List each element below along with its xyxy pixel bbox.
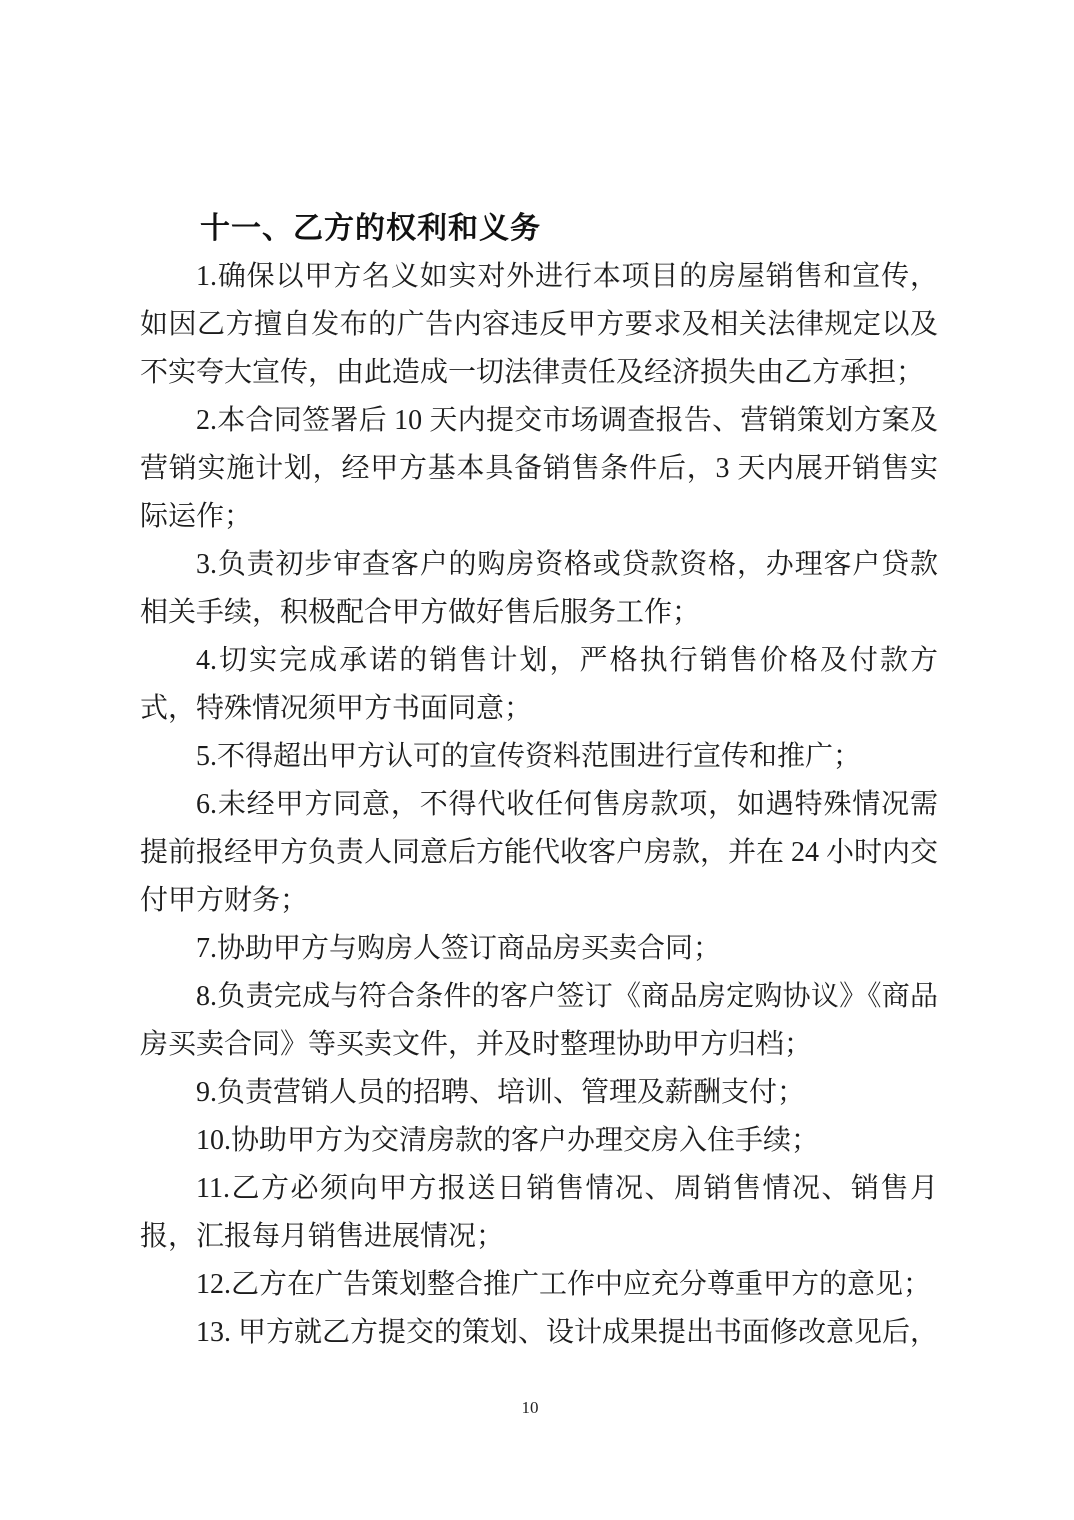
clause-paragraph-12: 12.乙方在广告策划整合推广工作中应充分尊重甲方的意见； <box>140 1261 938 1309</box>
clause-paragraph-7: 7.协助甲方与购房人签订商品房买卖合同； <box>140 925 938 973</box>
clause-paragraph-10: 10.协助甲方为交清房款的客户办理交房入住手续； <box>140 1117 938 1165</box>
clause-paragraph-13: 13. 甲方就乙方提交的策划、设计成果提出书面修改意见后， <box>140 1309 938 1357</box>
clause-paragraph-9: 9.负责营销人员的招聘、培训、管理及薪酬支付； <box>140 1069 938 1117</box>
clause-paragraph-2: 2.本合同签署后 10 天内提交市场调查报告、营销策划方案及营销实施计划，经甲方… <box>140 397 938 541</box>
clause-paragraph-11: 11.乙方必须向甲方报送日销售情况、周销售情况、销售月报，汇报每月销售进展情况； <box>140 1165 938 1261</box>
document-page: 十一、乙方的权利和义务 1.确保以甲方名义如实对外进行本项目的房屋销售和宣传，如… <box>0 0 1074 1520</box>
clause-paragraph-4: 4.切实完成承诺的销售计划，严格执行销售价格及付款方式，特殊情况须甲方书面同意； <box>140 637 938 733</box>
section-heading: 十一、乙方的权利和义务 <box>140 205 938 253</box>
clause-paragraph-1: 1.确保以甲方名义如实对外进行本项目的房屋销售和宣传，如因乙方擅自发布的广告内容… <box>140 253 938 397</box>
clause-paragraph-6: 6.未经甲方同意，不得代收任何售房款项，如遇特殊情况需提前报经甲方负责人同意后方… <box>140 781 938 925</box>
clause-paragraph-8: 8.负责完成与符合条件的客户签订《商品房定购协议》《商品房买卖合同》等买卖文件，… <box>140 973 938 1069</box>
clause-paragraph-5: 5.不得超出甲方认可的宣传资料范围进行宣传和推广； <box>140 733 938 781</box>
page-number: 10 <box>0 1398 1060 1418</box>
clause-paragraph-3: 3.负责初步审查客户的购房资格或贷款资格，办理客户贷款相关手续，积极配合甲方做好… <box>140 541 938 637</box>
